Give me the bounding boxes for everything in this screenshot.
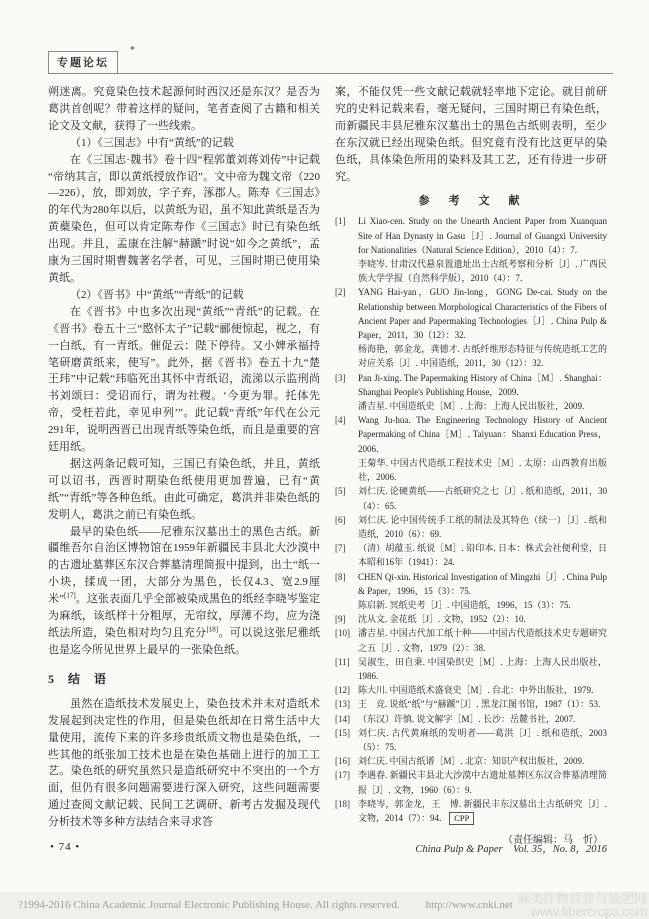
footnote-asterisk: * [130,45,135,56]
cnki-url: http://www.cnki.net [426,899,513,911]
reference-entry: CHEN Qi-xin. Historical Investigation of… [358,570,607,598]
reference-text: 刘仁庆. 古代黄麻纸的发明者——葛洪［J］. 纸和造纸，2003（5）：75. [358,726,607,754]
reference-entry: 沈从文. 金花纸［J］. 文物，1952（2）：10. [358,612,607,626]
references-list: [1]Li Xiao-cen. Study on the Unearth Anc… [335,214,607,825]
paragraph: 朔迷离。究竟染色技术起源何时西汉还是东汉？是否为葛洪首创呢？带着这样的疑问，笔者… [48,84,320,135]
column-tag-box: 专题论坛 [48,51,118,74]
reference-number: [14] [335,712,358,726]
reference-number: [2] [335,285,358,370]
reference-text: 李遇春. 新疆民丰县北大沙漠中古遗址墓葬区东汉合葬墓清理简报［J］. 文物，19… [358,768,607,796]
reference-item: [14]（东汉）许慎. 说文解字［M］. 长沙：岳麓书社，2007. [335,712,607,726]
reference-item: [15]刘仁庆. 古代黄麻纸的发明者——葛洪［J］. 纸和造纸，2003（5）：… [335,726,607,754]
reference-number: [16] [335,754,358,768]
reference-text: 刘仁庆. 中国古纸谱［M］. 北京：知识产权出版社，2009. [358,754,607,768]
reference-text: Pan Ji-xing. The Papermaking History of … [358,371,607,414]
watermark-line2: www.fibercrops.com [517,905,647,918]
citation-superscript: [17] [64,592,76,600]
reference-entry: 刘仁庆. 论硬黄纸——古纸研究之七［J］. 纸和造纸，2011，30（4）：65… [358,484,607,512]
reference-item: [6]刘仁庆. 论中国传统手工纸的制法及其特色（续一）［J］. 纸和造纸，201… [335,513,607,541]
reference-text: 刘仁庆. 论硬黄纸——古纸研究之七［J］. 纸和造纸，2011，30（4）：65… [358,484,607,512]
reference-item: [17]李遇春. 新疆民丰县北大沙漠中古遗址墓葬区东汉合葬墓清理简报［J］. 文… [335,768,607,796]
reference-item: [7]（清）胡蕴玉. 纸说［M］. 铅印本. 日本：株式会社便利堂，日本昭和16… [335,541,607,569]
reference-number: [17] [335,768,358,796]
reference-text: 潘吉星. 中国古代加工纸十种——中国古代造纸技术史专题研究之五［J］. 文物，1… [358,626,607,654]
journal-footer: China Pulp & Paper Vol. 35，No. 8，2016 [415,841,607,856]
reference-number: [18] [335,797,358,825]
paragraph: （2）《晋书》中“黄纸”“青纸”的记载 [48,287,320,304]
reference-entry: Wang Ju-hua. The Engineering Technology … [358,413,607,456]
reference-item: [18]李晓岑，郭金龙，王 博. 新疆民丰东汉墓出土古纸研究［J］. 文物，20… [335,797,607,825]
reference-text: Li Xiao-cen. Study on the Unearth Ancien… [358,214,607,285]
paragraph: （1）《三国志》中有“黄纸”的记载 [48,135,320,152]
reference-entry: Pan Ji-xing. The Papermaking History of … [358,371,607,399]
right-column-paragraphs: 案，不能仅凭一些文献记载就轻率地下定论。就目前研究的史料记载来看，毫无疑问，三国… [335,84,607,185]
reference-entry: 陈大川. 中国造纸术盛衰史［M］. 台北：中外出版社，1979. [358,683,607,697]
cpp-badge: CPP [449,812,474,825]
page-header: 专题论坛 * [48,52,613,74]
reference-text: 陈大川. 中国造纸术盛衰史［M］. 台北：中外出版社，1979. [358,683,607,697]
reference-item: [16]刘仁庆. 中国古纸谱［M］. 北京：知识产权出版社，2009. [335,754,607,768]
reference-number: [11] [335,655,358,683]
reference-entry: 刘仁庆. 古代黄麻纸的发明者——葛洪［J］. 纸和造纸，2003（5）：75. [358,726,607,754]
reference-entry: 潘吉星. 中国造纸史［M］. 上海：上海人民出版社，2009. [358,399,607,413]
paragraph: 虽然在造纸技术发展史上，染色技术并未对造纸术发展起到决定性的作用，但是染色纸却在… [48,696,320,831]
reference-entry: 刘仁庆. 中国古纸谱［M］. 北京：知识产权出版社，2009. [358,754,607,768]
reference-item: [2]YANG Hai-yan，GUO Jin-long，GONG De-cai… [335,285,607,370]
reference-number: [1] [335,214,358,285]
reference-entry: YANG Hai-yan，GUO Jin-long，GONG De-cai. S… [358,285,607,342]
reference-entry: （东汉）许慎. 说文解字［M］. 长沙：岳麓书社，2007. [358,712,607,726]
page-number: • 74 • [50,841,80,853]
reference-text: 王 竞. 说纸“纸”与“赫蹏”［J］. 黑龙江图书馆，1987（1）：53. [358,697,607,711]
reference-number: [10] [335,626,358,654]
reference-number: [4] [335,413,358,484]
reference-text: Wang Ju-hua. The Engineering Technology … [358,413,607,484]
reference-entry: 吴淑生，田自秉. 中国染织史［M］. 上海：上海人民出版社，1986. [358,655,607,683]
reference-item: [8]CHEN Qi-xin. Historical Investigation… [335,570,607,613]
reference-number: [15] [335,726,358,754]
reference-entry: 李遇春. 新疆民丰县北大沙漠中古遗址墓葬区东汉合葬墓清理简报［J］. 文物，19… [358,768,607,796]
reference-number: [7] [335,541,358,569]
paragraph: 最早的染色纸——尼雅东汉墓出土的黑色古纸。新疆维吾尔自治区博物馆在1959年新疆… [48,524,320,659]
reference-text: 沈从文. 金花纸［J］. 文物，1952（2）：10. [358,612,607,626]
reference-item: [12]陈大川. 中国造纸术盛衰史［M］. 台北：中外出版社，1979. [335,683,607,697]
copyright-text: ?1994-2016 China Academic Journal Electr… [18,899,400,911]
reference-text: （清）胡蕴玉. 纸说［M］. 铅印本. 日本：株式会社便利堂，日本昭和16年（1… [358,541,607,569]
journal-page: 专题论坛 * 朔迷离。究竟染色技术起源何时西汉还是东汉？是否为葛洪首创呢？带着这… [0,0,649,919]
reference-item: [5]刘仁庆. 论硬黄纸——古纸研究之七［J］. 纸和造纸，2011，30（4）… [335,484,607,512]
paragraph: 在《三国志·魏书》卷十四“程郭董刘蒋刘传”中记载 “帝纳其言，即以黄纸授放作诏”… [48,152,320,287]
citation-superscript: [18] [206,625,218,633]
reference-entry: 刘仁庆. 论中国传统手工纸的制法及其特色（续一）［J］. 纸和造纸，2010（6… [358,513,607,541]
watermark: 麻类作物营养与施肥网 www.fibercrops.com [517,892,647,918]
reference-entry: 潘吉星. 中国古代加工纸十种——中国古代造纸技术史专题研究之五［J］. 文物，1… [358,626,607,654]
reference-entry: Li Xiao-cen. Study on the Unearth Ancien… [358,214,607,257]
reference-number: [8] [335,570,358,613]
reference-item: [4]Wang Ju-hua. The Engineering Technolo… [335,413,607,484]
reference-number: [5] [335,484,358,512]
two-column-body: 朔迷离。究竟染色技术起源何时西汉还是东汉？是否为葛洪首创呢？带着这样的疑问，笔者… [48,84,608,846]
reference-entry: （清）胡蕴玉. 纸说［M］. 铅印本. 日本：株式会社便利堂，日本昭和16年（1… [358,541,607,569]
reference-text: CHEN Qi-xin. Historical Investigation of… [358,570,607,613]
reference-entry: 李晓岑，郭金龙，王 博. 新疆民丰东汉墓出土古纸研究［J］. 文物，2014（7… [358,797,607,825]
reference-entry: 李晓岑. 甘肃汉代悬泉置遗址出土古纸考察和分析［J］. 广西民族大学学报（自然科… [358,257,607,285]
paragraph: 在《晋书》中也多次出现“黄纸”“青纸”的记载。在《晋书》卷五十三“愍怀太子”记载… [48,304,320,456]
reference-text: 刘仁庆. 论中国传统手工纸的制法及其特色（续一）［J］. 纸和造纸，2010（6… [358,513,607,541]
column-tag-label: 专题论坛 [57,57,109,69]
right-column: 案，不能仅凭一些文献记载就轻率地下定论。就目前研究的史料记载来看，毫无疑问，三国… [335,84,607,846]
reference-text: 李晓岑，郭金龙，王 博. 新疆民丰东汉墓出土古纸研究［J］. 文物，2014（7… [358,797,607,825]
reference-number: [3] [335,371,358,414]
reference-entry: 王菊华. 中国古代造纸工程技术史［M］. 太原：山西教育出版社，2006. [358,456,607,484]
copyright-line: ?1994-2016 China Academic Journal Electr… [18,899,513,911]
reference-text: （东汉）许慎. 说文解字［M］. 长沙：岳麓书社，2007. [358,712,607,726]
reference-item: [1]Li Xiao-cen. Study on the Unearth Anc… [335,214,607,285]
reference-number: [9] [335,612,358,626]
paragraph: 据这两条记载可知，三国已有染色纸，并且，黄纸可以诏书，西晋时期染色纸使用更加普遍… [48,456,320,524]
reference-item: [11]吴淑生，田自秉. 中国染织史［M］. 上海：上海人民出版社，1986. [335,655,607,683]
reference-item: [10]潘吉星. 中国古代加工纸十种——中国古代造纸技术史专题研究之五［J］. … [335,626,607,654]
reference-entry: 陈启新. 冥纸史考［J］. 中国造纸，1996，15（3）：75. [358,598,607,612]
reference-entry: 王 竞. 说纸“纸”与“赫蹏”［J］. 黑龙江图书馆，1987（1）：53. [358,697,607,711]
reference-item: [3]Pan Ji-xing. The Papermaking History … [335,371,607,414]
paragraph: 案，不能仅凭一些文献记载就轻率地下定论。就目前研究的史料记载来看，毫无疑问，三国… [335,84,607,185]
left-column-paragraphs: 朔迷离。究竟染色技术起源何时西汉还是东汉？是否为葛洪首创呢？带着这样的疑问，笔者… [48,84,320,659]
conclusion-paragraphs: 虽然在造纸技术发展史上，染色技术并未对造纸术发展起到决定性的作用，但是染色纸却在… [48,696,320,831]
reference-text: YANG Hai-yan，GUO Jin-long，GONG De-cai. S… [358,285,607,370]
reference-item: [9]沈从文. 金花纸［J］. 文物，1952（2）：10. [335,612,607,626]
reference-number: [12] [335,683,358,697]
references-heading: 参 考 文 献 [335,192,607,208]
reference-number: [6] [335,513,358,541]
reference-item: [13]王 竞. 说纸“纸”与“赫蹏”［J］. 黑龙江图书馆，1987（1）：5… [335,697,607,711]
reference-text: 吴淑生，田自秉. 中国染织史［M］. 上海：上海人民出版社，1986. [358,655,607,683]
reference-entry: 杨海艳，郭金龙，龚德才. 古纸纤维形态特征与传统造纸工艺的对应关系［J］. 中国… [358,342,607,370]
left-column: 朔迷离。究竟染色技术起源何时西汉还是东汉？是否为葛洪首创呢？带着这样的疑问，笔者… [48,84,320,846]
section-heading-conclusion: 5 结 语 [48,670,320,687]
reference-number: [13] [335,697,358,711]
